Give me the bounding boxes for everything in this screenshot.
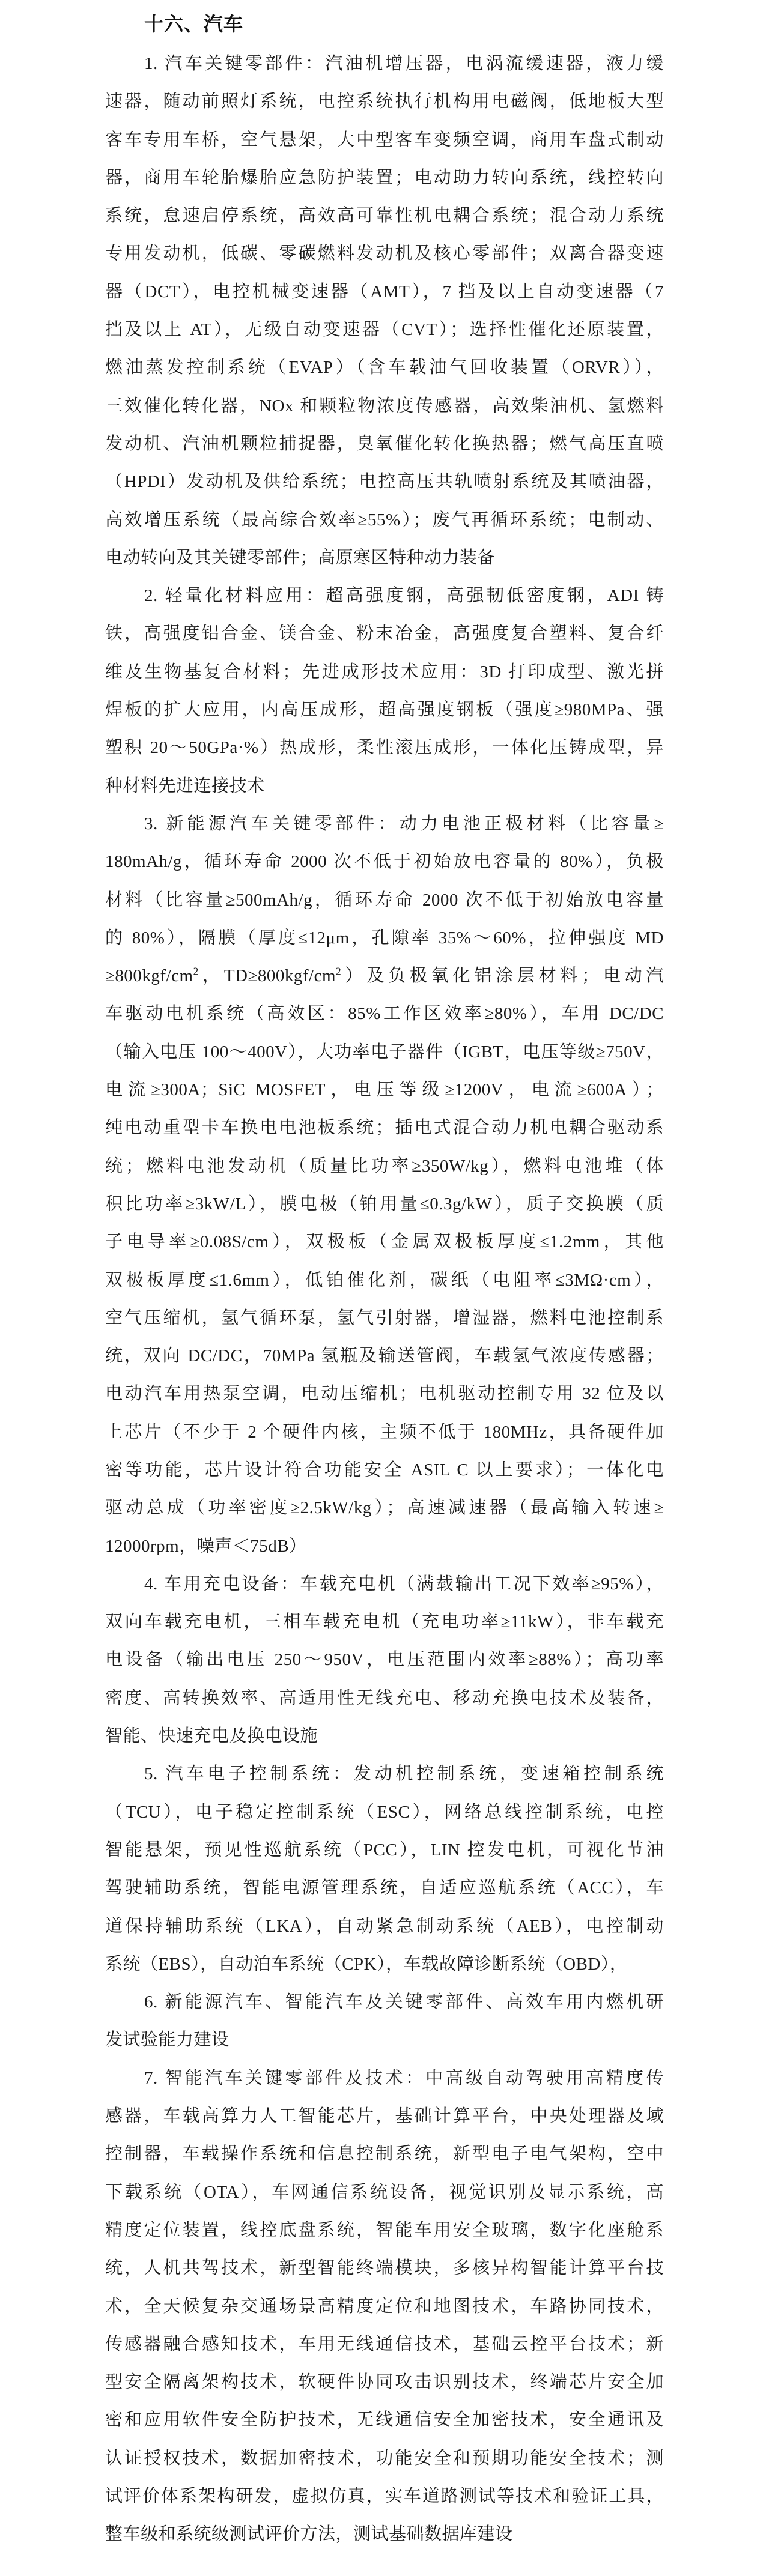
paragraph-line: 精度定位装置，线控底盘系统，智能车用安全玻璃，数字化座舱系	[105, 2212, 664, 2249]
paragraph-line: 12000rpm，噪声＜75dB）	[105, 1528, 664, 1565]
paragraph-line: 统，人机共驾技术，新型智能终端模块，多核异构智能计算平台技	[105, 2249, 664, 2287]
paragraph-line: 型安全隔离架构技术，软硬件协同攻击识别技术，终端芯片安全加	[105, 2363, 664, 2401]
paragraph-line: 积比功率≥3kW/L），膜电极（铂用量≤0.3g/kW），质子交换膜（质	[105, 1185, 664, 1223]
paragraph-line: 客车专用车桥，空气悬架，大中型客车变频空调，商用车盘式制动	[105, 121, 664, 159]
paragraph-line: 统；燃料电池发动机（质量比功率≥350W/kg），燃料电池堆（体	[105, 1147, 664, 1185]
paragraph-4: 4. 车用充电设备：车载充电机（满载输出工况下效率≥95%），双向车载充电机，三…	[105, 1565, 664, 1755]
paragraph-line: 系统，怠速启停系统，高效高可靠性机电耦合系统；混合动力系统	[105, 197, 664, 235]
paragraph-line: 密度、高转换效率、高适用性无线充电、移动充换电技术及装备，	[105, 1680, 664, 1717]
paragraph-line: 电动转向及其关键零部件；高原寒区特种动力装备	[105, 539, 664, 577]
paragraph-line: 5. 汽车电子控制系统：发动机控制系统，变速箱控制系统	[105, 1755, 664, 1793]
paragraph-line: 道保持辅助系统（LKA），自动紧急制动系统（AEB），电控制动	[105, 1908, 664, 1946]
paragraph-line: 电设备（输出电压 250～950V，电压范围内效率≥88%）；高功率	[105, 1641, 664, 1679]
superscript: 2	[193, 965, 199, 977]
document-body: 1. 汽车关键零部件：汽油机增压器，电涡流缓速器，液力缓速器，随动前照灯系统，电…	[105, 45, 664, 2554]
paragraph-line: 1. 汽车关键零部件：汽油机增压器，电涡流缓速器，液力缓	[105, 45, 664, 83]
section-title: 十六、汽车	[144, 11, 243, 37]
paragraph-2: 2. 轻量化材料应用：超高强度钢，高强韧低密度钢，ADI 铸铁，高强度铝合金、镁…	[105, 577, 664, 805]
paragraph-line: 2. 轻量化材料应用：超高强度钢，高强韧低密度钢，ADI 铸	[105, 577, 664, 615]
paragraph-line: 控制器，车载操作系统和信息控制系统，新型电子电气架构，空中	[105, 2135, 664, 2173]
paragraph-5: 5. 汽车电子控制系统：发动机控制系统，变速箱控制系统（TCU），电子稳定控制系…	[105, 1755, 664, 1983]
paragraph-line: 智能、快速充电及换电设施	[105, 1717, 664, 1755]
paragraph-line: 统，双向 DC/DC，70MPa 氢瓶及输送管阀，车载氢气浓度传感器；	[105, 1337, 664, 1375]
paragraph-line: 材料（比容量≥500mAh/g，循环寿命 2000 次不低于初始放电容量	[105, 881, 664, 919]
paragraph-line: （输入电压 100～400V），大功率电子器件（IGBT，电压等级≥750V，	[105, 1033, 664, 1071]
paragraph-line: 燃油蒸发控制系统（EVAP）（含车载油气回收装置（ORVR）），	[105, 349, 664, 387]
paragraph-line: 三效催化转化器，NOx 和颗粒物浓度传感器，高效柴油机、氢燃料	[105, 387, 664, 425]
paragraph-line: 双向车载充电机，三相车载充电机（充电功率≥11kW），非车载充	[105, 1603, 664, 1641]
paragraph-line: 的 80%），隔膜（厚度≤12μm，孔隙率 35%～60%，拉伸强度 MD	[105, 919, 664, 957]
paragraph-line: 整车级和系统级测试评价方法，测试基础数据库建设	[105, 2515, 664, 2553]
paragraph-line: 7. 智能汽车关键零部件及技术：中高级自动驾驶用高精度传	[105, 2060, 664, 2097]
paragraph-line: 器（DCT），电控机械变速器（AMT），7 挡及以上自动变速器（7	[105, 273, 664, 311]
paragraph-line: 双极板厚度≤1.6mm），低铂催化剂，碳纸（电阻率≤3MΩ·cm），	[105, 1262, 664, 1299]
paragraph-line: 认证授权技术，数据加密技术，功能安全和预期功能安全技术；测	[105, 2440, 664, 2478]
paragraph-6: 6. 新能源汽车、智能汽车及关键零部件、高效车用内燃机研发试验能力建设	[105, 1983, 664, 2060]
document-page: 十六、汽车 1. 汽车关键零部件：汽油机增压器，电涡流缓速器，液力缓速器，随动前…	[0, 0, 769, 2576]
paragraph-line: 焊板的扩大应用，内高压成形，超高强度钢板（强度≥980MPa、强	[105, 691, 664, 729]
paragraph-line: 挡及以上 AT），无级自动变速器（CVT）；选择性催化还原装置，	[105, 311, 664, 349]
paragraph-line: ≥800kgf/cm2，TD≥800kgf/cm2）及负极氧化铝涂层材料；电动汽	[105, 957, 664, 995]
paragraph-line: 发试验能力建设	[105, 2021, 664, 2059]
paragraph-line: 电动汽车用热泵空调，电动压缩机；电机驱动控制专用 32 位及以	[105, 1375, 664, 1413]
paragraph-line: 感器，车载高算力人工智能芯片，基础计算平台，中央处理器及域	[105, 2097, 664, 2135]
paragraph-line: 子电导率≥0.08S/cm），双极板（金属双极板厚度≤1.2mm，其他	[105, 1223, 664, 1261]
paragraph-line: 180mAh/g，循环寿命 2000 次不低于初始放电容量的 80%），负极	[105, 843, 664, 881]
paragraph-line: （HPDI）发动机及供给系统；电控高压共轨喷射系统及其喷油器，	[105, 463, 664, 501]
paragraph-line: 塑积 20～50GPa·%）热成形，柔性滚压成形，一体化压铸成型，异	[105, 729, 664, 767]
paragraph-line: 上芯片（不少于 2 个硬件内核，主频不低于 180MHz，具备硬件加	[105, 1413, 664, 1451]
paragraph-line: 电流≥300A；SiC MOSFET，电压等级≥1200V，电流≥600A）；	[105, 1071, 664, 1109]
paragraph-1: 1. 汽车关键零部件：汽油机增压器，电涡流缓速器，液力缓速器，随动前照灯系统，电…	[105, 45, 664, 577]
paragraph-line: 高效增压系统（最高综合效率≥55%）；废气再循环系统；电制动、	[105, 501, 664, 539]
paragraph-line: 术，全天候复杂交通场景高精度定位和地图技术，车路协同技术，	[105, 2288, 664, 2326]
paragraph-line: 6. 新能源汽车、智能汽车及关键零部件、高效车用内燃机研	[105, 1983, 664, 2021]
paragraph-line: 系统（EBS），自动泊车系统（CPK），车载故障诊断系统（OBD），	[105, 1946, 664, 1983]
paragraph-line: 发动机、汽油机颗粒捕捉器，臭氧催化转化换热器；燃气高压直喷	[105, 425, 664, 463]
paragraph-line: 器，商用车轮胎爆胎应急防护装置；电动助力转向系统，线控转向	[105, 159, 664, 197]
paragraph-line: 密等功能，芯片设计符合功能安全 ASIL C 以上要求）；一体化电	[105, 1451, 664, 1489]
paragraph-line: 试评价体系架构研发，虚拟仿真，实车道路测试等技术和验证工具，	[105, 2478, 664, 2515]
paragraph-line: 4. 车用充电设备：车载充电机（满载输出工况下效率≥95%），	[105, 1565, 664, 1603]
paragraph-line: 驾驶辅助系统，智能电源管理系统，自适应巡航系统（ACC），车	[105, 1869, 664, 1907]
paragraph-line: 密和应用软件安全防护技术，无线通信安全加密技术，安全通讯及	[105, 2401, 664, 2439]
paragraph-line: 专用发动机，低碳、零碳燃料发动机及核心零部件；双离合器变速	[105, 235, 664, 273]
paragraph-line: 种材料先进连接技术	[105, 767, 664, 805]
paragraph-3: 3. 新能源汽车关键零部件：动力电池正极材料（比容量≥180mAh/g，循环寿命…	[105, 805, 664, 1565]
paragraph-line: 纯电动重型卡车换电电池板系统；插电式混合动力机电耦合驱动系	[105, 1109, 664, 1147]
paragraph-line: 铁，高强度铝合金、镁合金、粉末冶金，高强度复合塑料、复合纤	[105, 615, 664, 653]
paragraph-line: 3. 新能源汽车关键零部件：动力电池正极材料（比容量≥	[105, 805, 664, 843]
paragraph-line: 空气压缩机，氢气循环泵，氢气引射器，增湿器，燃料电池控制系	[105, 1299, 664, 1337]
paragraph-line: 维及生物基复合材料；先进成形技术应用：3D 打印成型、激光拼	[105, 653, 664, 691]
paragraph-line: 速器，随动前照灯系统，电控系统执行机构用电磁阀，低地板大型	[105, 83, 664, 121]
paragraph-line: 下载系统（OTA），车网通信系统设备，视觉识别及显示系统，高	[105, 2174, 664, 2212]
paragraph-7: 7. 智能汽车关键零部件及技术：中高级自动驾驶用高精度传感器，车载高算力人工智能…	[105, 2060, 664, 2554]
paragraph-line: 智能悬架，预见性巡航系统（PCC），LIN 控发电机，可视化节油	[105, 1831, 664, 1869]
superscript: 2	[336, 965, 341, 977]
paragraph-line: 车驱动电机系统（高效区：85%工作区效率≥80%），车用 DC/DC	[105, 995, 664, 1033]
paragraph-line: 驱动总成（功率密度≥2.5kW/kg）；高速减速器（最高输入转速≥	[105, 1489, 664, 1527]
paragraph-line: （TCU），电子稳定控制系统（ESC），网络总线控制系统，电控	[105, 1794, 664, 1831]
paragraph-line: 传感器融合感知技术，车用无线通信技术，基础云控平台技术；新	[105, 2326, 664, 2363]
